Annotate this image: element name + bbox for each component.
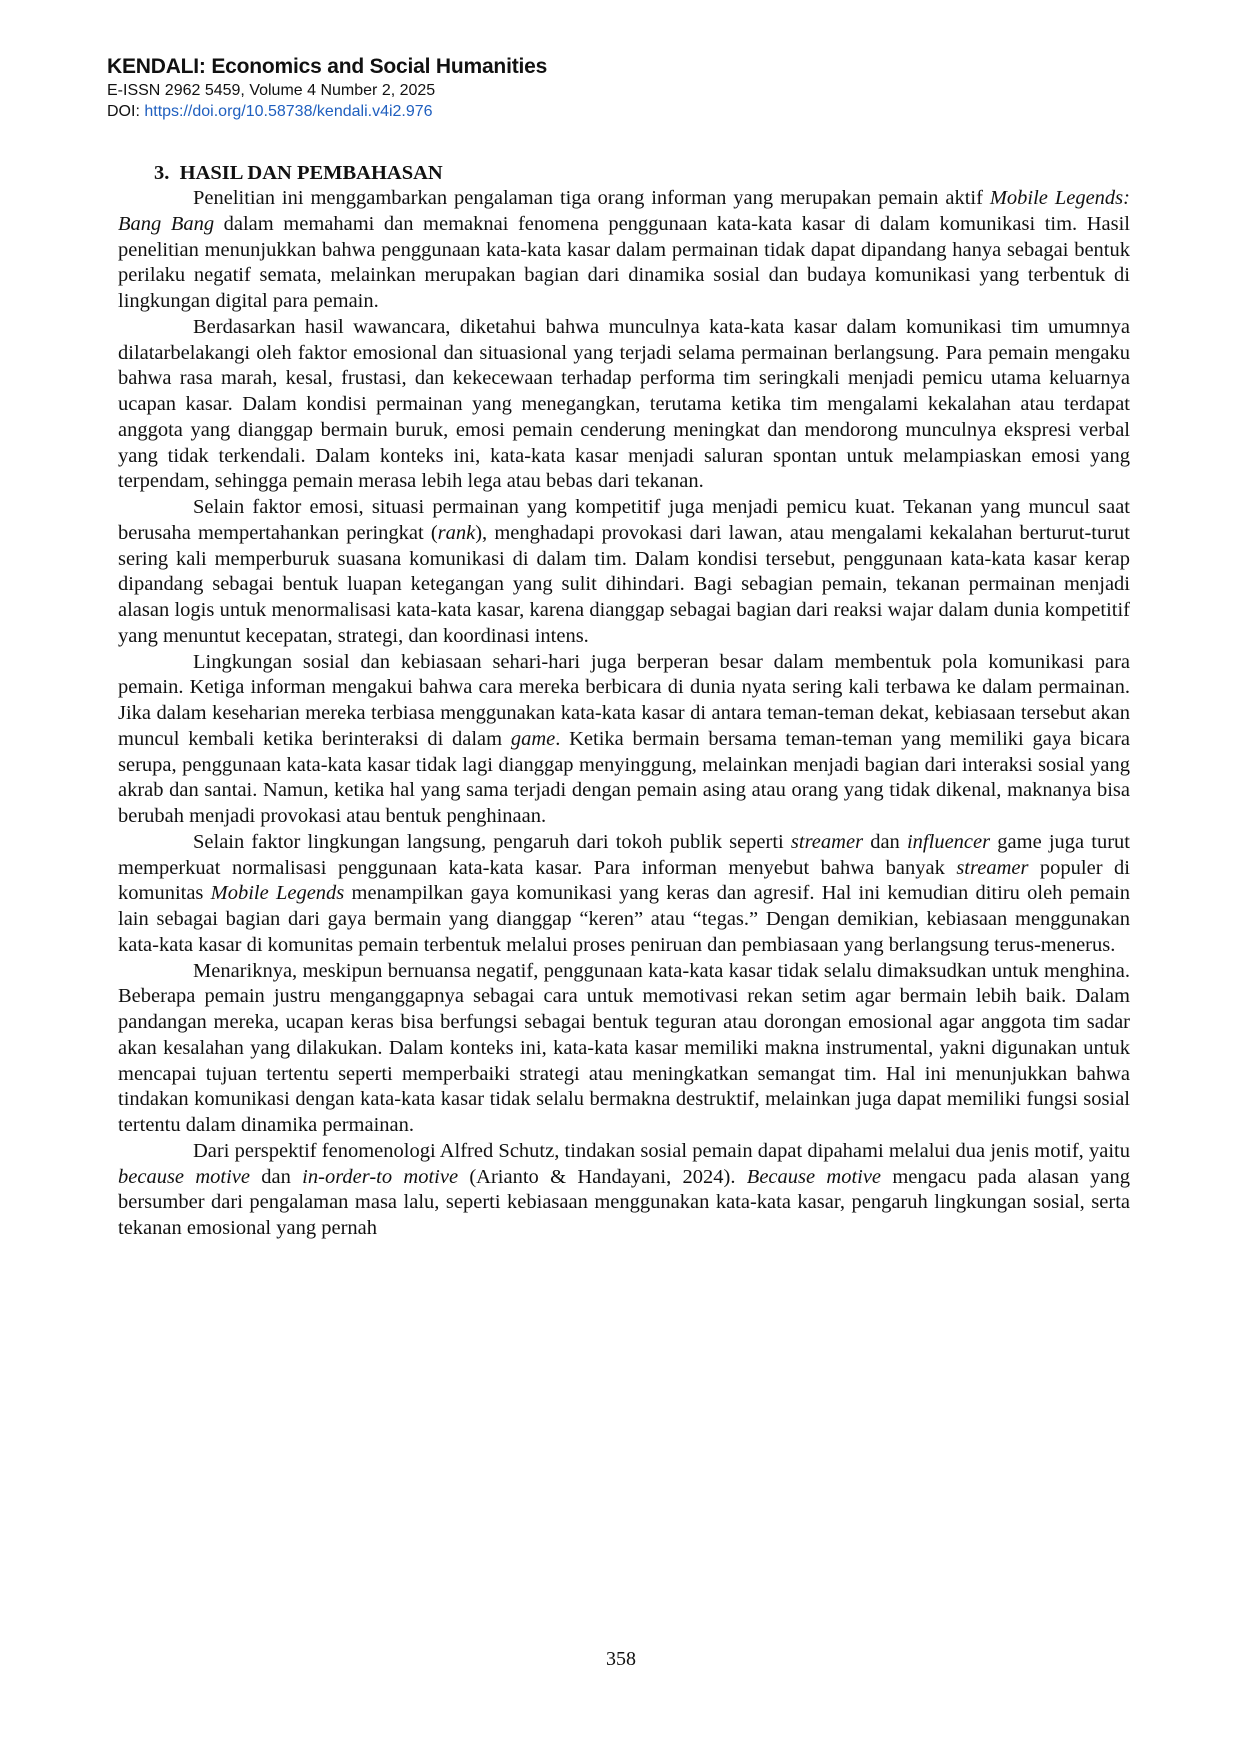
- paragraph: Selain faktor lingkungan langsung, penga…: [118, 830, 1130, 959]
- italic-term: game: [511, 728, 555, 750]
- section-heading: 3. HASIL DAN PEMBAHASAN: [154, 160, 1130, 186]
- paragraph: Menariknya, meskipun bernuansa negatif, …: [118, 959, 1130, 1139]
- text-run: dan: [863, 831, 907, 853]
- paragraphs: Penelitian ini menggambarkan pengalaman …: [118, 186, 1130, 1242]
- doi-label: DOI:: [107, 103, 144, 120]
- italic-term: streamer: [791, 831, 863, 853]
- italic-term: Because motive: [747, 1166, 881, 1188]
- journal-title: KENDALI: Economics and Social Humanities: [107, 54, 547, 80]
- doi-link[interactable]: https://doi.org/10.58738/kendali.v4i2.97…: [144, 103, 432, 120]
- italic-term: in-order-to motive: [302, 1166, 458, 1188]
- page-number: 358: [0, 1648, 1242, 1671]
- text-run: Menariknya, meskipun bernuansa negatif, …: [118, 960, 1130, 1137]
- text-run: Dari perspektif fenomenologi Alfred Schu…: [193, 1140, 1130, 1162]
- paragraph: Berdasarkan hasil wawancara, diketahui b…: [118, 315, 1130, 495]
- italic-term: Mobile Legends: [211, 882, 345, 904]
- paragraph: Lingkungan sosial dan kebiasaan sehari-h…: [118, 650, 1130, 830]
- text-run: Berdasarkan hasil wawancara, diketahui b…: [118, 316, 1130, 493]
- italic-term: streamer: [956, 857, 1028, 879]
- text-run: (Arianto & Handayani, 2024).: [458, 1166, 747, 1188]
- text-run: Penelitian ini menggambarkan pengalaman …: [193, 187, 990, 209]
- paragraph: Dari perspektif fenomenologi Alfred Schu…: [118, 1139, 1130, 1242]
- italic-term: rank: [438, 522, 476, 544]
- doi-line: DOI: https://doi.org/10.58738/kendali.v4…: [107, 101, 547, 122]
- italic-term: because motive: [118, 1166, 250, 1188]
- text-run: Selain faktor lingkungan langsung, penga…: [193, 831, 791, 853]
- text-run: dalam memahami dan memaknai fenomena pen…: [118, 213, 1130, 312]
- issn-line: E-ISSN 2962 5459, Volume 4 Number 2, 202…: [107, 80, 547, 101]
- italic-term: influencer: [907, 831, 990, 853]
- article-body: 3. HASIL DAN PEMBAHASAN Penelitian ini m…: [118, 160, 1130, 1242]
- text-run: dan: [250, 1166, 302, 1188]
- journal-header: KENDALI: Economics and Social Humanities…: [107, 54, 547, 122]
- paragraph: Penelitian ini menggambarkan pengalaman …: [118, 186, 1130, 315]
- paragraph: Selain faktor emosi, situasi permainan y…: [118, 495, 1130, 650]
